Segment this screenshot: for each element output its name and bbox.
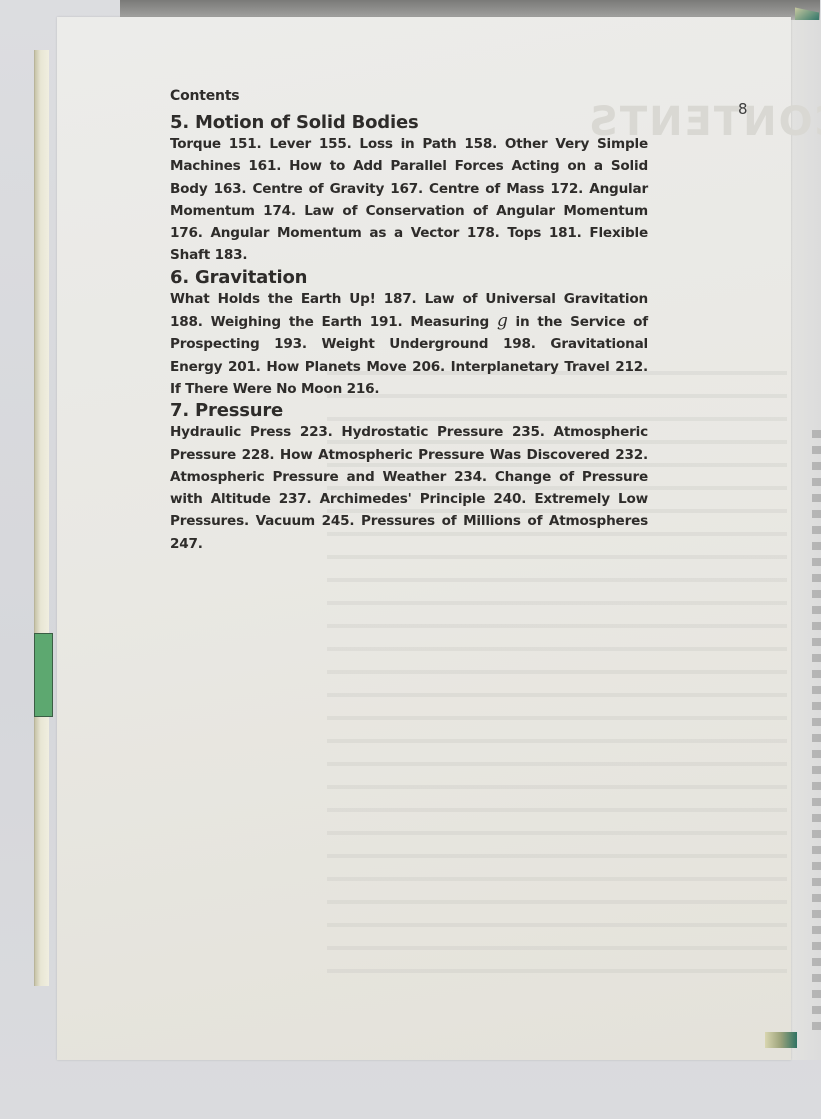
green-bookmark-tab: [34, 633, 53, 717]
contents-block: Contents 5. Motion of Solid Bodies Torqu…: [170, 88, 648, 555]
chapter-title: 7. Pressure: [170, 400, 648, 421]
chapter-7: 7. Pressure Hydraulic Press 223. Hydrost…: [170, 400, 648, 555]
page-number: 8: [738, 100, 748, 118]
chapter-entries: Hydraulic Press 223. Hydrostatic Pressur…: [170, 421, 648, 555]
chapter-entries: What Holds the Earth Up! 187. Law of Uni…: [170, 288, 648, 400]
chapter-title: 6. Gravitation: [170, 267, 648, 288]
book-cover-corner-bottom: [765, 1032, 797, 1048]
book-spine-edge: [34, 50, 49, 986]
chapter-6: 6. Gravitation What Holds the Earth Up! …: [170, 267, 648, 400]
running-head: Contents: [170, 88, 648, 104]
symbol-g: g: [497, 311, 508, 331]
facing-page-text-bleed: [812, 430, 821, 1030]
chapter-entries: Torque 151. Lever 155. Loss in Path 158.…: [170, 133, 648, 267]
chapter-5: 5. Motion of Solid Bodies Torque 151. Le…: [170, 112, 648, 267]
chapter-title: 5. Motion of Solid Bodies: [170, 112, 648, 133]
